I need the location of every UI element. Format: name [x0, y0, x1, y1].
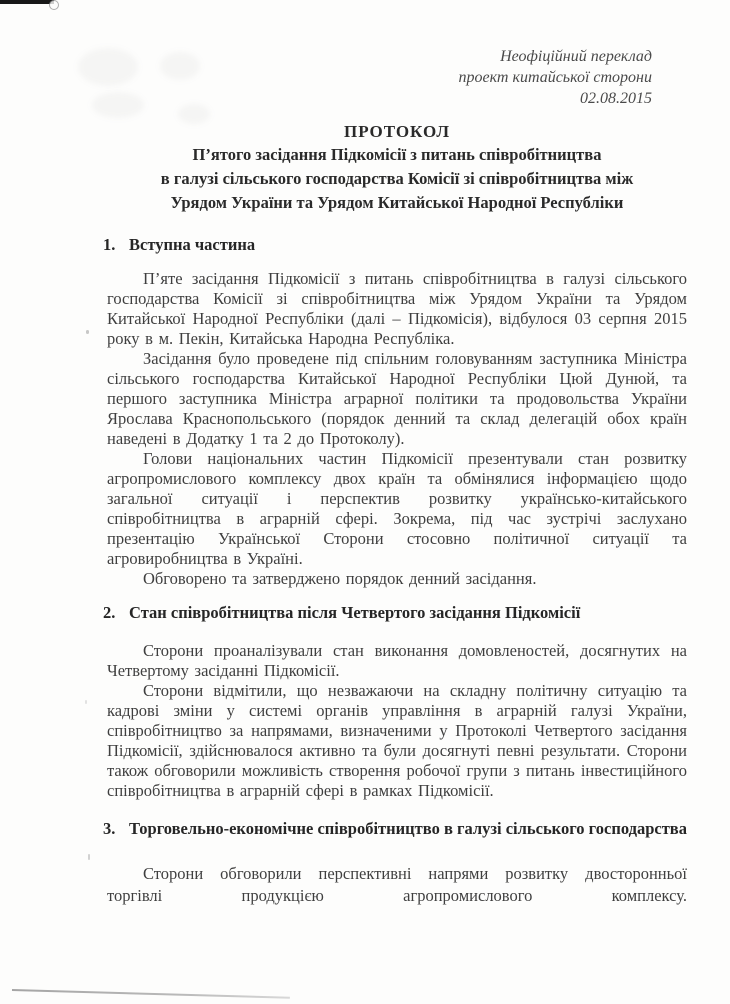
- translation-note: Неофіційний переклад проект китайської с…: [107, 46, 687, 109]
- section-number: 1.: [103, 232, 129, 258]
- paragraph: Засідання було проведене під спільним го…: [107, 349, 687, 449]
- section-heading: 1. Вступна частина: [103, 232, 687, 258]
- scan-speck: [88, 854, 90, 860]
- subtitle-line-2: в галузі сільського господарства Комісії…: [107, 167, 687, 191]
- paragraph: Обговорено та затверджено порядок денний…: [107, 569, 687, 589]
- scan-artifact-top-strip: [0, 0, 54, 4]
- document-subtitle: П’ятого засідання Підкомісії з питань сп…: [107, 143, 687, 215]
- scan-artifact-ring: [49, 0, 59, 10]
- paragraph: П’яте засідання Підкомісії з питань спів…: [107, 269, 687, 349]
- paragraph: Голови національних частин Підкомісії пр…: [107, 449, 687, 569]
- scan-speck: [85, 700, 87, 704]
- section-heading: 2. Стан співробітництва після Четвертого…: [103, 600, 687, 626]
- section-title: Стан співробітництва після Четвертого за…: [129, 600, 687, 626]
- section-number: 2.: [103, 600, 129, 626]
- subtitle-line-1: П’ятого засідання Підкомісії з питань сп…: [107, 143, 687, 167]
- section-cooperation-status: 2. Стан співробітництва після Четвертого…: [107, 600, 687, 801]
- document-content: Неофіційний переклад проект китайської с…: [107, 46, 687, 907]
- section-trade-economic: 3. Торговельно-економічне співробітництв…: [107, 816, 687, 907]
- scan-artifact-bottom-line: [12, 989, 290, 998]
- translation-note-line-2: проект китайської сторони: [107, 67, 652, 88]
- scanned-document-page: Неофіційний переклад проект китайської с…: [0, 0, 730, 1004]
- translation-note-line-1: Неофіційний переклад: [107, 46, 652, 67]
- section-title: Торговельно-економічне співробітництво в…: [129, 816, 687, 842]
- section-heading: 3. Торговельно-економічне співробітництв…: [103, 816, 687, 842]
- scan-speck: [86, 330, 89, 334]
- paragraph: Сторони відмітили, що незважаючи на скла…: [107, 681, 687, 801]
- translation-note-date: 02.08.2015: [107, 88, 652, 109]
- section-title: Вступна частина: [129, 232, 687, 258]
- document-title: ПРОТОКОЛ: [107, 121, 687, 143]
- section-number: 3.: [103, 816, 129, 842]
- paragraph: Сторони обговорили перспективні напрями …: [107, 863, 687, 907]
- subtitle-line-3: Урядом України та Урядом Китайської Наро…: [107, 191, 687, 215]
- paragraph: Сторони проаналізували стан виконання до…: [107, 641, 687, 681]
- section-introduction: 1. Вступна частина П’яте засідання Підко…: [107, 232, 687, 589]
